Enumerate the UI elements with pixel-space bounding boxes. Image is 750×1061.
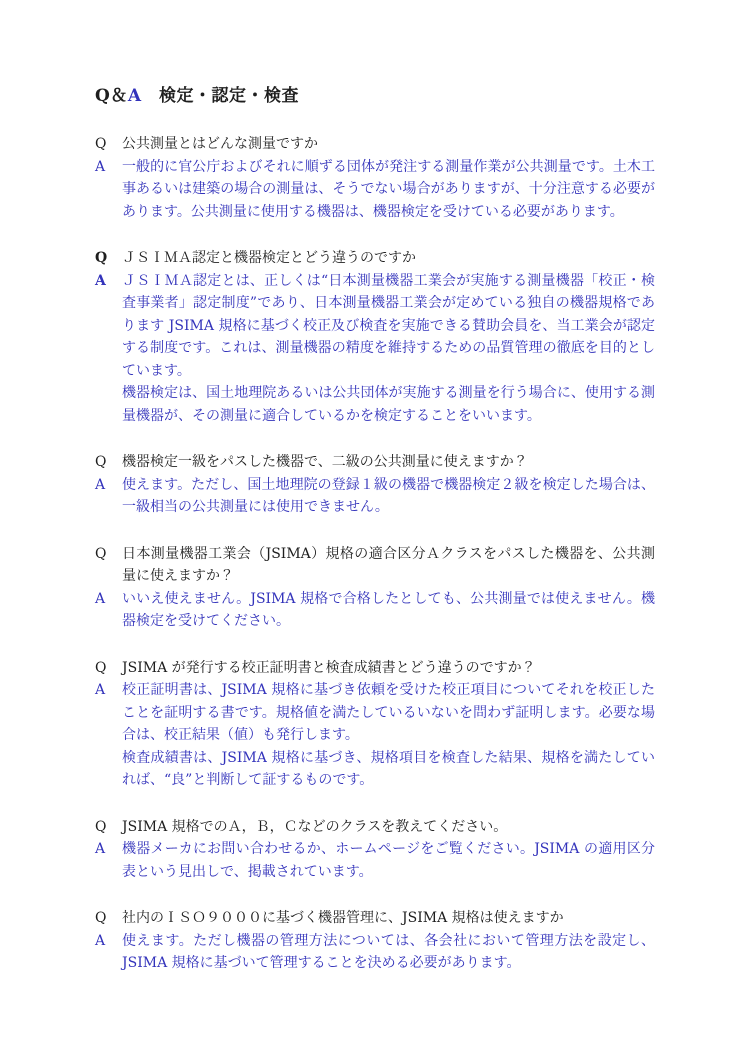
a-label: A bbox=[95, 838, 122, 861]
answer-text: いいえ使えません。JSIMA 規格で合格したとしても、公共測量では使えません。機… bbox=[122, 588, 655, 633]
page-title: Q＆A 検定・認定・検査 bbox=[95, 84, 655, 108]
a-label: A bbox=[95, 679, 122, 702]
title-text-1: Q＆ bbox=[95, 86, 128, 106]
title-text-2: 検定・認定・検査 bbox=[142, 86, 300, 106]
a-label: A bbox=[95, 474, 122, 497]
answer-text: ＪＳＩＭＡ認定とは、正しくは“日本測量機器工業会が実施する測量機器「校正・検査事… bbox=[122, 270, 655, 428]
q-label: Q bbox=[95, 543, 122, 566]
a-label: A bbox=[95, 270, 122, 293]
question-row: Q 公共測量とはどんな測量ですか bbox=[95, 133, 655, 156]
answer-paragraph: 機器メーカにお問い合わせるか、ホームページをご覧ください。JSIMA の適用区分… bbox=[122, 838, 655, 883]
qa-block-5: Q JSIMA が発行する校正証明書と検査成績書とどう違うのですか？ A 校正証… bbox=[95, 657, 655, 792]
answer-row: A いいえ使えません。JSIMA 規格で合格したとしても、公共測量では使えません… bbox=[95, 588, 655, 633]
q-label: Q bbox=[95, 451, 122, 474]
question-text: JSIMA が発行する校正証明書と検査成績書とどう違うのですか？ bbox=[122, 657, 655, 680]
q-label: Q bbox=[95, 133, 122, 156]
answer-paragraph: 校正証明書は、JSIMA 規格に基づき依頼を受けた校正項目についてそれを校正した… bbox=[122, 679, 655, 747]
answer-row: A 校正証明書は、JSIMA 規格に基づき依頼を受けた校正項目についてそれを校正… bbox=[95, 679, 655, 792]
answer-text: 校正証明書は、JSIMA 規格に基づき依頼を受けた校正項目についてそれを校正した… bbox=[122, 679, 655, 792]
qa-block-3: Q 機器検定一級をパスした機器で、二級の公共測量に使えますか？ A 使えます。た… bbox=[95, 451, 655, 519]
answer-text: 一般的に官公庁およびそれに順ずる団体が発注する測量作業が公共測量です。土木工事あ… bbox=[122, 156, 655, 224]
qa-block-7: Q 社内のＩＳＯ９０００に基づく機器管理に、JSIMA 規格は使えますか A 使… bbox=[95, 907, 655, 975]
qa-block-2: Q ＪＳＩＭＡ認定と機器検定とどう違うのですか A ＪＳＩＭＡ認定とは、正しくは… bbox=[95, 247, 655, 427]
question-text: 公共測量とはどんな測量ですか bbox=[122, 133, 655, 156]
answer-text: 機器メーカにお問い合わせるか、ホームページをご覧ください。JSIMA の適用区分… bbox=[122, 838, 655, 883]
question-text: ＪＳＩＭＡ認定と機器検定とどう違うのですか bbox=[122, 247, 655, 270]
qa-list: Q 公共測量とはどんな測量ですか A 一般的に官公庁およびそれに順ずる団体が発注… bbox=[95, 133, 655, 975]
answer-paragraph: 機器検定は、国土地理院あるいは公共団体が実施する測量を行う場合に、使用する測量機… bbox=[122, 382, 655, 427]
answer-row: A 使えます。ただし機器の管理方法については、各会社において管理方法を設定し、J… bbox=[95, 930, 655, 975]
answer-paragraph: 一般的に官公庁およびそれに順ずる団体が発注する測量作業が公共測量です。土木工事あ… bbox=[122, 156, 655, 224]
answer-text: 使えます。ただし機器の管理方法については、各会社において管理方法を設定し、JSI… bbox=[122, 930, 655, 975]
qa-block-6: Q JSIMA 規格でのＡ，Ｂ，Ｃなどのクラスを教えてください。 A 機器メーカ… bbox=[95, 816, 655, 884]
qa-block-4: Q 日本測量機器工業会（JSIMA）規格の適合区分Ａクラスをパスした機器を、公共… bbox=[95, 543, 655, 633]
answer-paragraph: 検査成績書は、JSIMA 規格に基づき、規格項目を検査した結果、規格を満たしてい… bbox=[122, 747, 655, 792]
a-label: A bbox=[95, 930, 122, 953]
answer-paragraph: ＪＳＩＭＡ認定とは、正しくは“日本測量機器工業会が実施する測量機器「校正・検査事… bbox=[122, 270, 655, 383]
question-row: Q ＪＳＩＭＡ認定と機器検定とどう違うのですか bbox=[95, 247, 655, 270]
a-label: A bbox=[95, 588, 122, 611]
answer-row: A 使えます。ただし、国土地理院の登録１級の機器で機器検定２級を検定した場合は、… bbox=[95, 474, 655, 519]
document-page: Q＆A 検定・認定・検査 Q 公共測量とはどんな測量ですか A 一般的に官公庁お… bbox=[0, 0, 750, 1061]
question-text: JSIMA 規格でのＡ，Ｂ，Ｃなどのクラスを教えてください。 bbox=[122, 816, 655, 839]
q-label: Q bbox=[95, 247, 122, 270]
q-label: Q bbox=[95, 657, 122, 680]
question-row: Q 機器検定一級をパスした機器で、二級の公共測量に使えますか？ bbox=[95, 451, 655, 474]
question-text: 機器検定一級をパスした機器で、二級の公共測量に使えますか？ bbox=[122, 451, 655, 474]
title-accent: A bbox=[128, 86, 142, 106]
qa-block-1: Q 公共測量とはどんな測量ですか A 一般的に官公庁およびそれに順ずる団体が発注… bbox=[95, 133, 655, 223]
answer-row: A 一般的に官公庁およびそれに順ずる団体が発注する測量作業が公共測量です。土木工… bbox=[95, 156, 655, 224]
answer-paragraph: 使えます。ただし機器の管理方法については、各会社において管理方法を設定し、JSI… bbox=[122, 930, 655, 975]
answer-paragraph: 使えます。ただし、国土地理院の登録１級の機器で機器検定２級を検定した場合は、一級… bbox=[122, 474, 655, 519]
question-row: Q 社内のＩＳＯ９０００に基づく機器管理に、JSIMA 規格は使えますか bbox=[95, 907, 655, 930]
question-row: Q 日本測量機器工業会（JSIMA）規格の適合区分Ａクラスをパスした機器を、公共… bbox=[95, 543, 655, 588]
a-label: A bbox=[95, 156, 122, 179]
answer-text: 使えます。ただし、国土地理院の登録１級の機器で機器検定２級を検定した場合は、一級… bbox=[122, 474, 655, 519]
question-row: Q JSIMA 規格でのＡ，Ｂ，Ｃなどのクラスを教えてください。 bbox=[95, 816, 655, 839]
question-row: Q JSIMA が発行する校正証明書と検査成績書とどう違うのですか？ bbox=[95, 657, 655, 680]
answer-paragraph: いいえ使えません。JSIMA 規格で合格したとしても、公共測量では使えません。機… bbox=[122, 588, 655, 633]
q-label: Q bbox=[95, 816, 122, 839]
answer-row: A 機器メーカにお問い合わせるか、ホームページをご覧ください。JSIMA の適用… bbox=[95, 838, 655, 883]
q-label: Q bbox=[95, 907, 122, 930]
answer-row: A ＪＳＩＭＡ認定とは、正しくは“日本測量機器工業会が実施する測量機器「校正・検… bbox=[95, 270, 655, 428]
question-text: 日本測量機器工業会（JSIMA）規格の適合区分Ａクラスをパスした機器を、公共測量… bbox=[122, 543, 655, 588]
question-text: 社内のＩＳＯ９０００に基づく機器管理に、JSIMA 規格は使えますか bbox=[122, 907, 655, 930]
